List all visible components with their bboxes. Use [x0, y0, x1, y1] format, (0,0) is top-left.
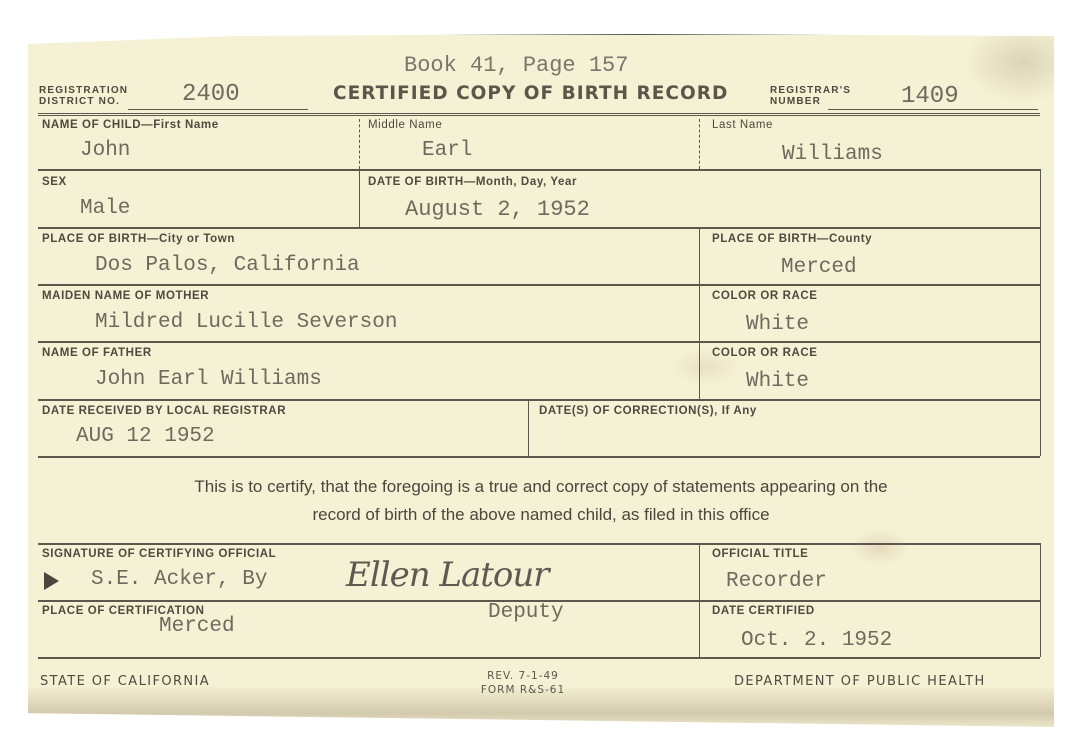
book-page-reference: Book 41, Page 157	[404, 53, 628, 78]
col-divider	[699, 119, 700, 169]
row-divider	[38, 657, 1040, 659]
sex-label: SEX	[42, 176, 67, 188]
signature-label: SIGNATURE OF CERTIFYING OFFICIAL	[42, 548, 276, 560]
official-title-label: OFFICIAL TITLE	[712, 548, 808, 560]
document-title: CERTIFIED COPY OF BIRTH RECORD	[333, 83, 728, 104]
official-title-value: Recorder	[726, 570, 827, 593]
father-race-label: COLOR OR RACE	[712, 347, 818, 359]
father-race-value: White	[746, 370, 809, 393]
place-county-label: PLACE OF BIRTH—County	[712, 233, 872, 245]
row-divider	[38, 399, 1040, 401]
date-received-label: DATE RECEIVED BY LOCAL REGISTRAR	[42, 405, 286, 417]
state-name: STATE OF CALIFORNIA	[40, 674, 210, 689]
row-divider	[38, 341, 1040, 343]
mother-race-label: COLOR OR RACE	[712, 290, 818, 302]
department-name: DEPARTMENT OF PUBLIC HEALTH	[734, 674, 986, 689]
first-name-value: John	[80, 139, 130, 162]
date-of-birth-value: August 2, 1952	[405, 197, 590, 222]
place-city-value: Dos Palos, California	[95, 254, 360, 277]
header-rule	[38, 113, 1040, 116]
col-divider	[699, 227, 700, 399]
certification-statement: This is to certify, that the foregoing i…	[28, 473, 1054, 529]
mother-name-value: Mildred Lucille Severson	[95, 311, 397, 334]
registration-district-label: Registration District No.	[39, 85, 128, 107]
col-divider	[699, 543, 700, 657]
first-name-label: NAME OF CHILD—First Name	[42, 119, 219, 131]
row-divider	[38, 456, 1040, 458]
place-county-value: Merced	[781, 256, 857, 279]
place-city-label: PLACE OF BIRTH—City or Town	[42, 233, 235, 245]
last-name-label: Last Name	[712, 119, 773, 131]
father-name-label: NAME OF FATHER	[42, 347, 152, 359]
row-divider	[38, 169, 1040, 171]
pointer-arrow-icon	[44, 572, 59, 590]
right-border	[1040, 169, 1041, 456]
date-of-birth-label: DATE OF BIRTH—Month, Day, Year	[368, 176, 577, 188]
district-underline	[128, 109, 308, 110]
handwritten-signature: Ellen Latour	[346, 555, 549, 595]
row-divider	[38, 227, 1040, 229]
place-of-certification-value: Merced	[159, 615, 235, 638]
registration-district-value: 2400	[182, 81, 240, 108]
registrar-number-value: 1409	[901, 83, 959, 110]
last-name-value: Williams	[782, 143, 883, 166]
signature-role: Deputy	[488, 601, 564, 624]
birth-certificate: Book 41, Page 157 Registration District …	[28, 34, 1054, 727]
col-divider	[359, 119, 360, 169]
col-divider	[359, 169, 360, 227]
row-divider	[38, 284, 1040, 286]
mother-race-value: White	[746, 313, 809, 336]
date-received-value: AUG 12 1952	[76, 425, 215, 448]
mother-name-label: MAIDEN NAME OF MOTHER	[42, 290, 209, 302]
date-certified-value: Oct. 2. 1952	[741, 629, 892, 652]
middle-name-value: Earl	[422, 139, 472, 162]
col-divider	[528, 399, 529, 456]
father-name-value: John Earl Williams	[95, 368, 322, 391]
date-corrections-label: DATE(S) OF CORRECTION(S), If Any	[539, 405, 757, 417]
form-revision: REV. 7-1-49 FORM R&S-61	[468, 669, 578, 697]
right-border	[1040, 543, 1041, 657]
date-certified-label: DATE CERTIFIED	[712, 605, 815, 617]
registrar-number-label: Registrar's Number	[770, 85, 851, 107]
row-divider	[38, 543, 1040, 545]
signature-typed: S.E. Acker, By	[91, 568, 267, 591]
middle-name-label: Middle Name	[368, 119, 442, 131]
sex-value: Male	[80, 197, 130, 220]
